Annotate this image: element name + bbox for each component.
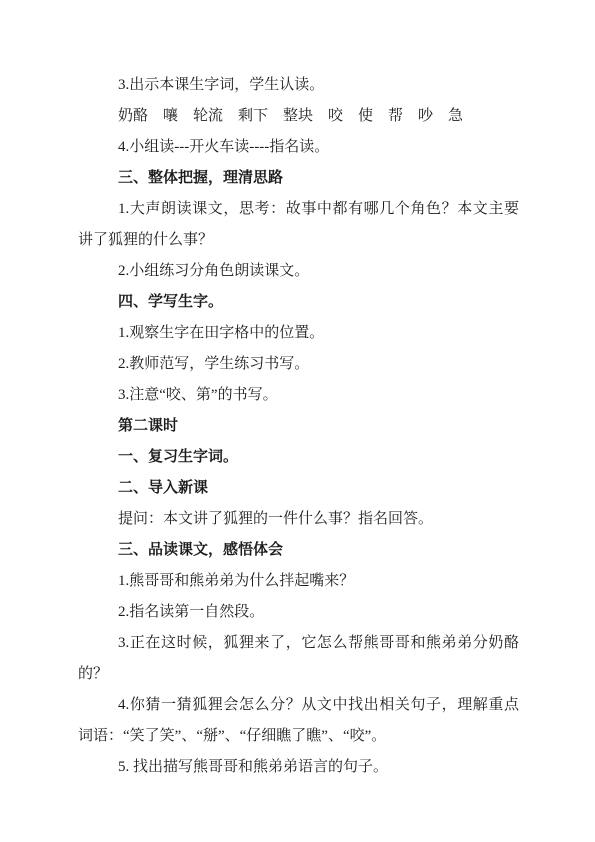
paragraph-step: 2.小组练习分角色朗读课文。 bbox=[78, 256, 519, 287]
paragraph-step: 4.小组读---开火车读----指名读。 bbox=[78, 132, 519, 163]
section-heading: 二、导入新课 bbox=[78, 473, 519, 504]
section-heading: 四、学写生字。 bbox=[78, 287, 519, 318]
paragraph-step: 2.教师范写，学生练习书写。 bbox=[78, 349, 519, 380]
paragraph-step: 4.你猜一猜狐狸会怎么分？从文中找出相关句子，理解重点词语：“笑了笑”、“掰”、… bbox=[78, 690, 519, 752]
paragraph-step: 2.指名读第一自然段。 bbox=[78, 597, 519, 628]
paragraph-step: 3.出示本课生字词，学生认读。 bbox=[78, 70, 519, 101]
lesson-period-heading: 第二课时 bbox=[78, 411, 519, 442]
document-page: 3.出示本课生字词，学生认读。 奶酪 嚷 轮流 剩下 整块 咬 使 帮 吵 急 … bbox=[0, 0, 595, 842]
section-heading: 一、复习生字词。 bbox=[78, 442, 519, 473]
paragraph-step: 1.熊哥哥和熊弟弟为什么拌起嘴来？ bbox=[78, 566, 519, 597]
paragraph-step: 3.注意“咬、第”的书写。 bbox=[78, 380, 519, 411]
paragraph-step: 提问：本文讲了狐狸的一件什么事？指名回答。 bbox=[78, 504, 519, 535]
paragraph-step: 1.观察生字在田字格中的位置。 bbox=[78, 318, 519, 349]
paragraph-step: 3.正在这时候，狐狸来了，它怎么帮熊哥哥和熊弟弟分奶酪的？ bbox=[78, 628, 519, 690]
section-heading: 三、整体把握，理清思路 bbox=[78, 163, 519, 194]
document-content: 3.出示本课生字词，学生认读。 奶酪 嚷 轮流 剩下 整块 咬 使 帮 吵 急 … bbox=[78, 70, 519, 783]
paragraph-word-list: 奶酪 嚷 轮流 剩下 整块 咬 使 帮 吵 急 bbox=[78, 101, 519, 132]
paragraph-step: 1.大声朗读课文，思考：故事中都有哪几个角色？本文主要讲了狐狸的什么事？ bbox=[78, 194, 519, 256]
section-heading: 三、品读课文，感悟体会 bbox=[78, 535, 519, 566]
paragraph-step: 5. 找出描写熊哥哥和熊弟弟语言的句子。 bbox=[78, 752, 519, 783]
